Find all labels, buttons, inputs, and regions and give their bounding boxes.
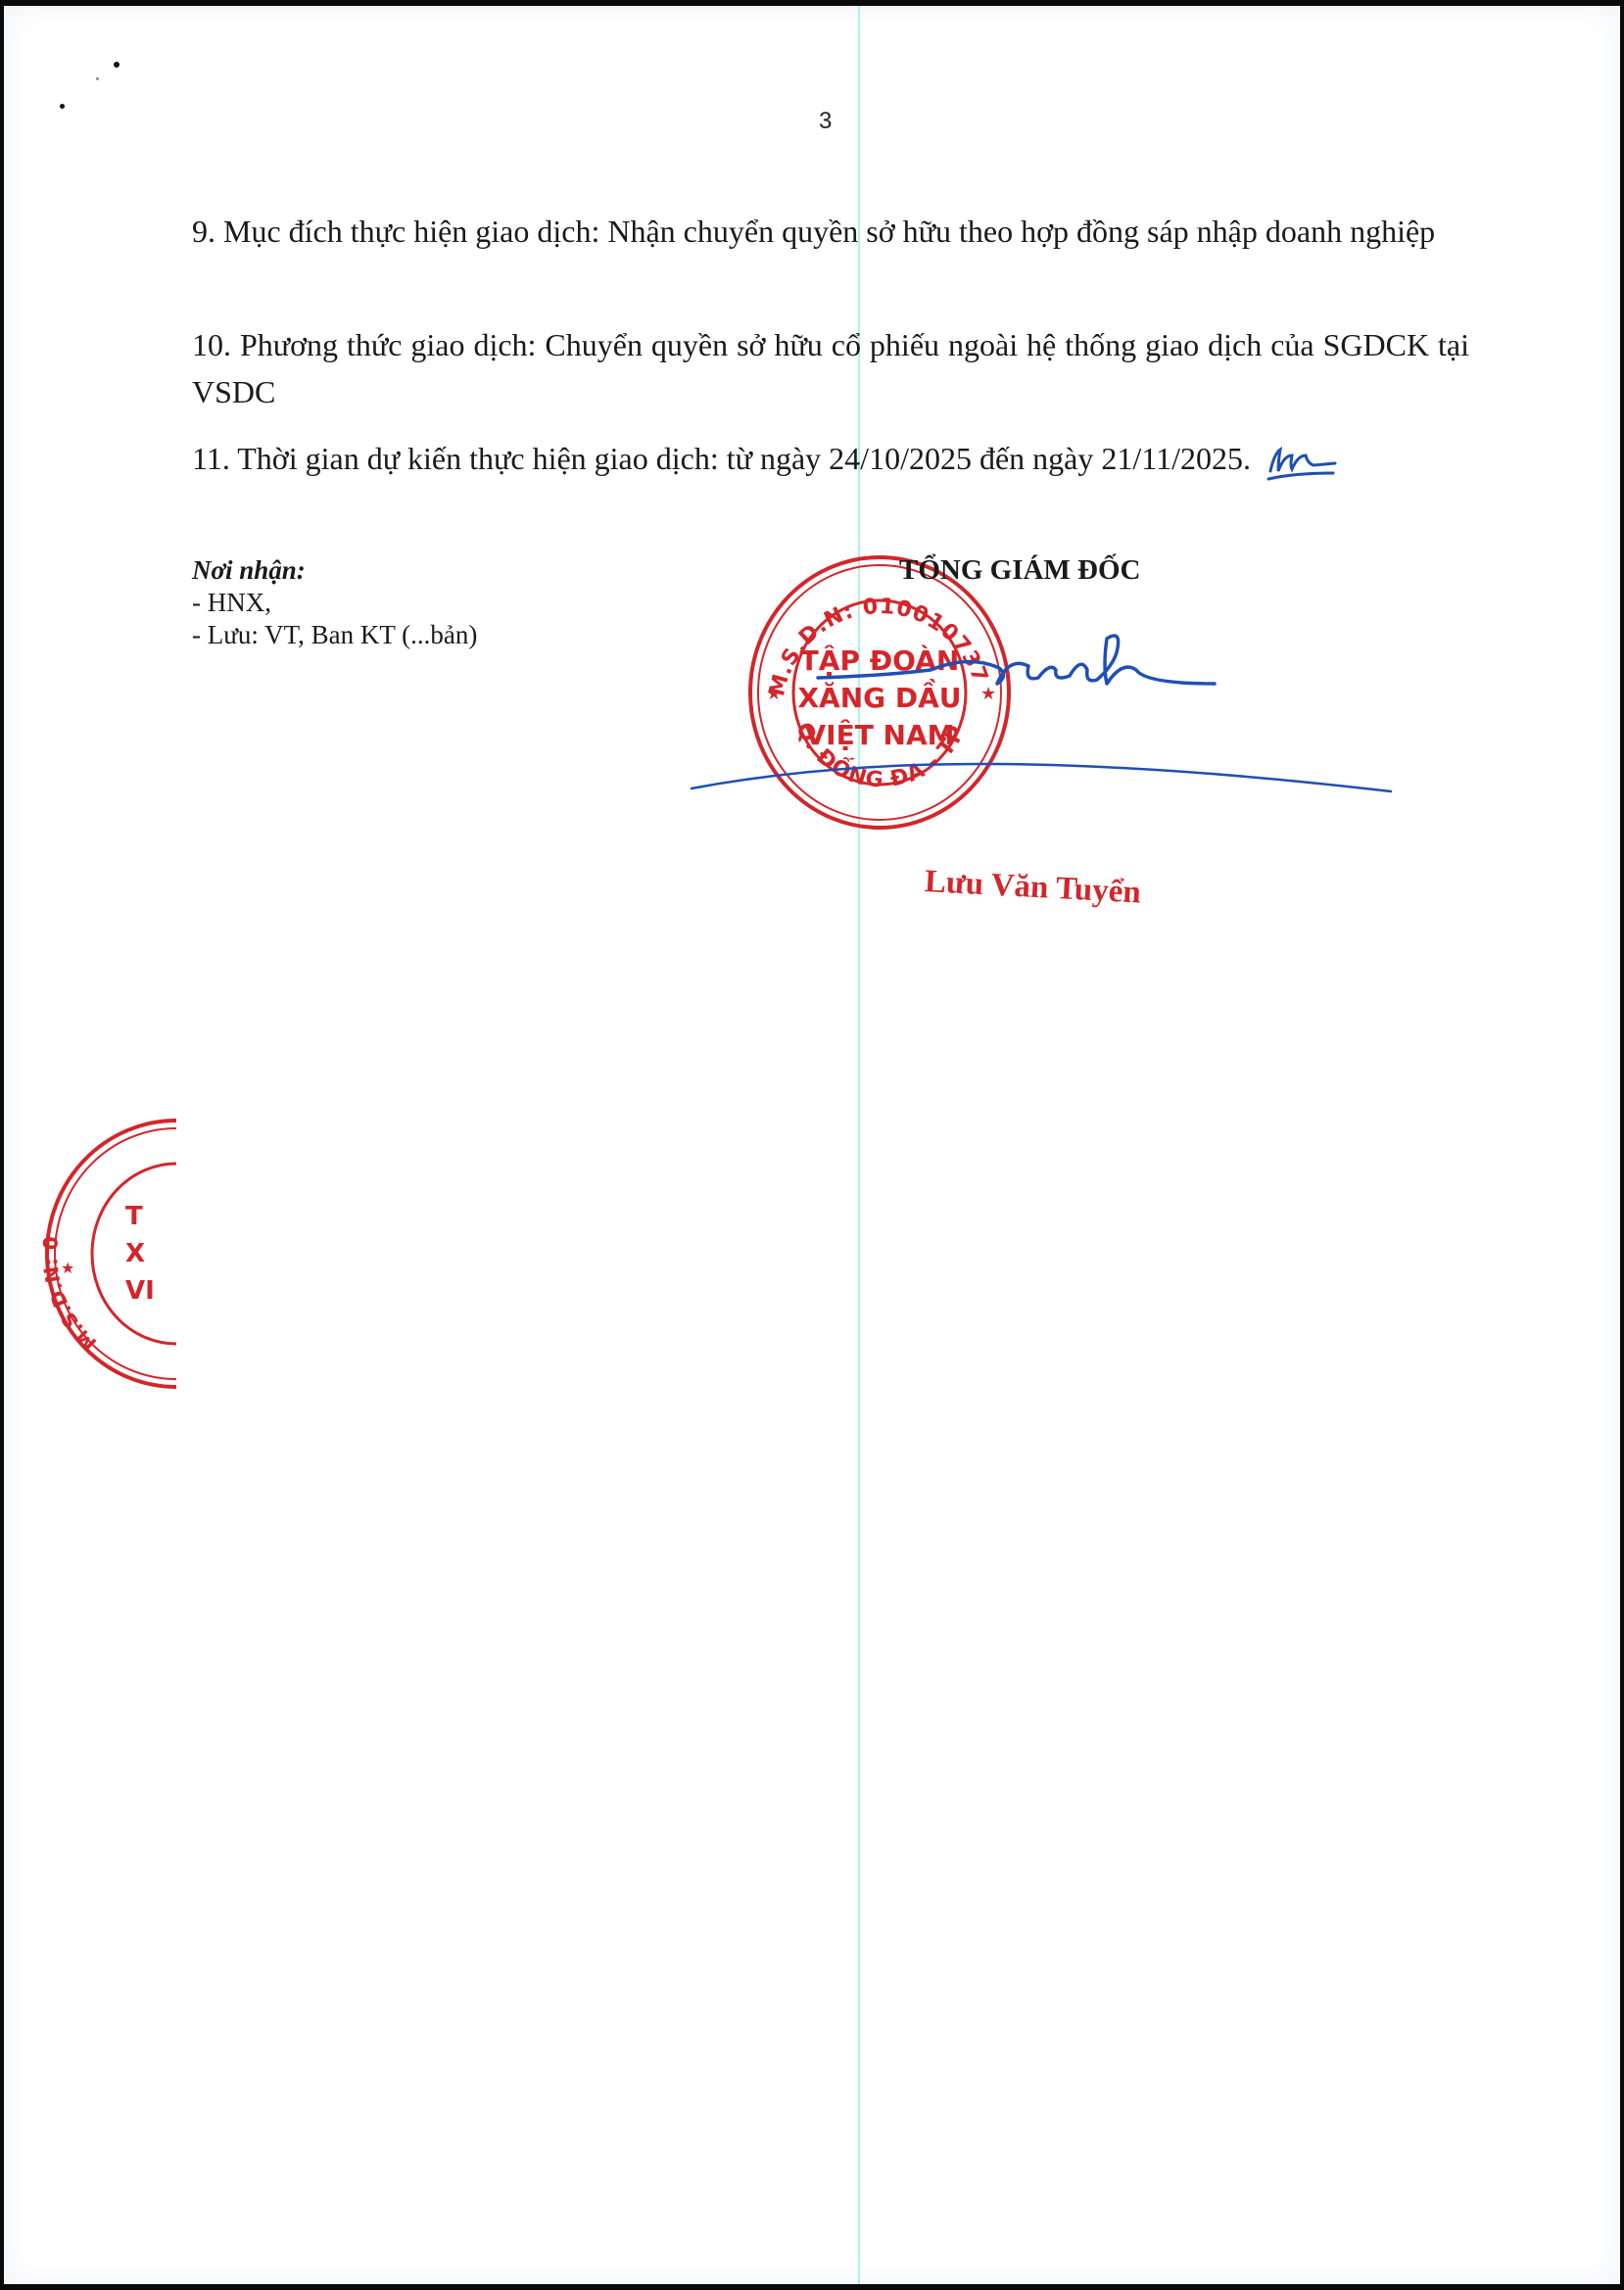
item-11-text: 11. Thời gian dự kiến thực hiện giao dịc… (192, 441, 1251, 476)
svg-text:X: X (125, 1239, 145, 1268)
svg-text:VI: VI (125, 1276, 155, 1306)
svg-text:T: T (125, 1202, 143, 1231)
scan-dust (114, 62, 119, 68)
partial-stamp-icon: M.S.D.N: 0 ★ T X VI (39, 1117, 176, 1391)
signature-icon (686, 627, 1410, 803)
item-9-purpose: 9. Mục đích thực hiện giao dịch: Nhận ch… (192, 208, 1469, 255)
recipients-block: Nơi nhận: - HNX, - Lưu: VT, Ban KT (...b… (192, 554, 477, 651)
signer-role: TỔNG GIÁM ĐỐC (899, 554, 1141, 587)
scan-dust (96, 77, 99, 80)
initials-icon (1265, 442, 1343, 481)
svg-text:★: ★ (61, 1261, 74, 1277)
item-11-timeframe: 11. Thời gian dự kiến thực hiện giao dịc… (192, 435, 1469, 482)
page-number: 3 (819, 108, 832, 135)
item-10-method: 10. Phương thức giao dịch: Chuyển quyền … (192, 321, 1469, 415)
recipients-heading: Nơi nhận: (192, 554, 477, 587)
recipient-line: - Lưu: VT, Ban KT (...bản) (192, 619, 477, 651)
scan-dust (60, 104, 65, 109)
recipient-line: - HNX, (192, 587, 477, 619)
